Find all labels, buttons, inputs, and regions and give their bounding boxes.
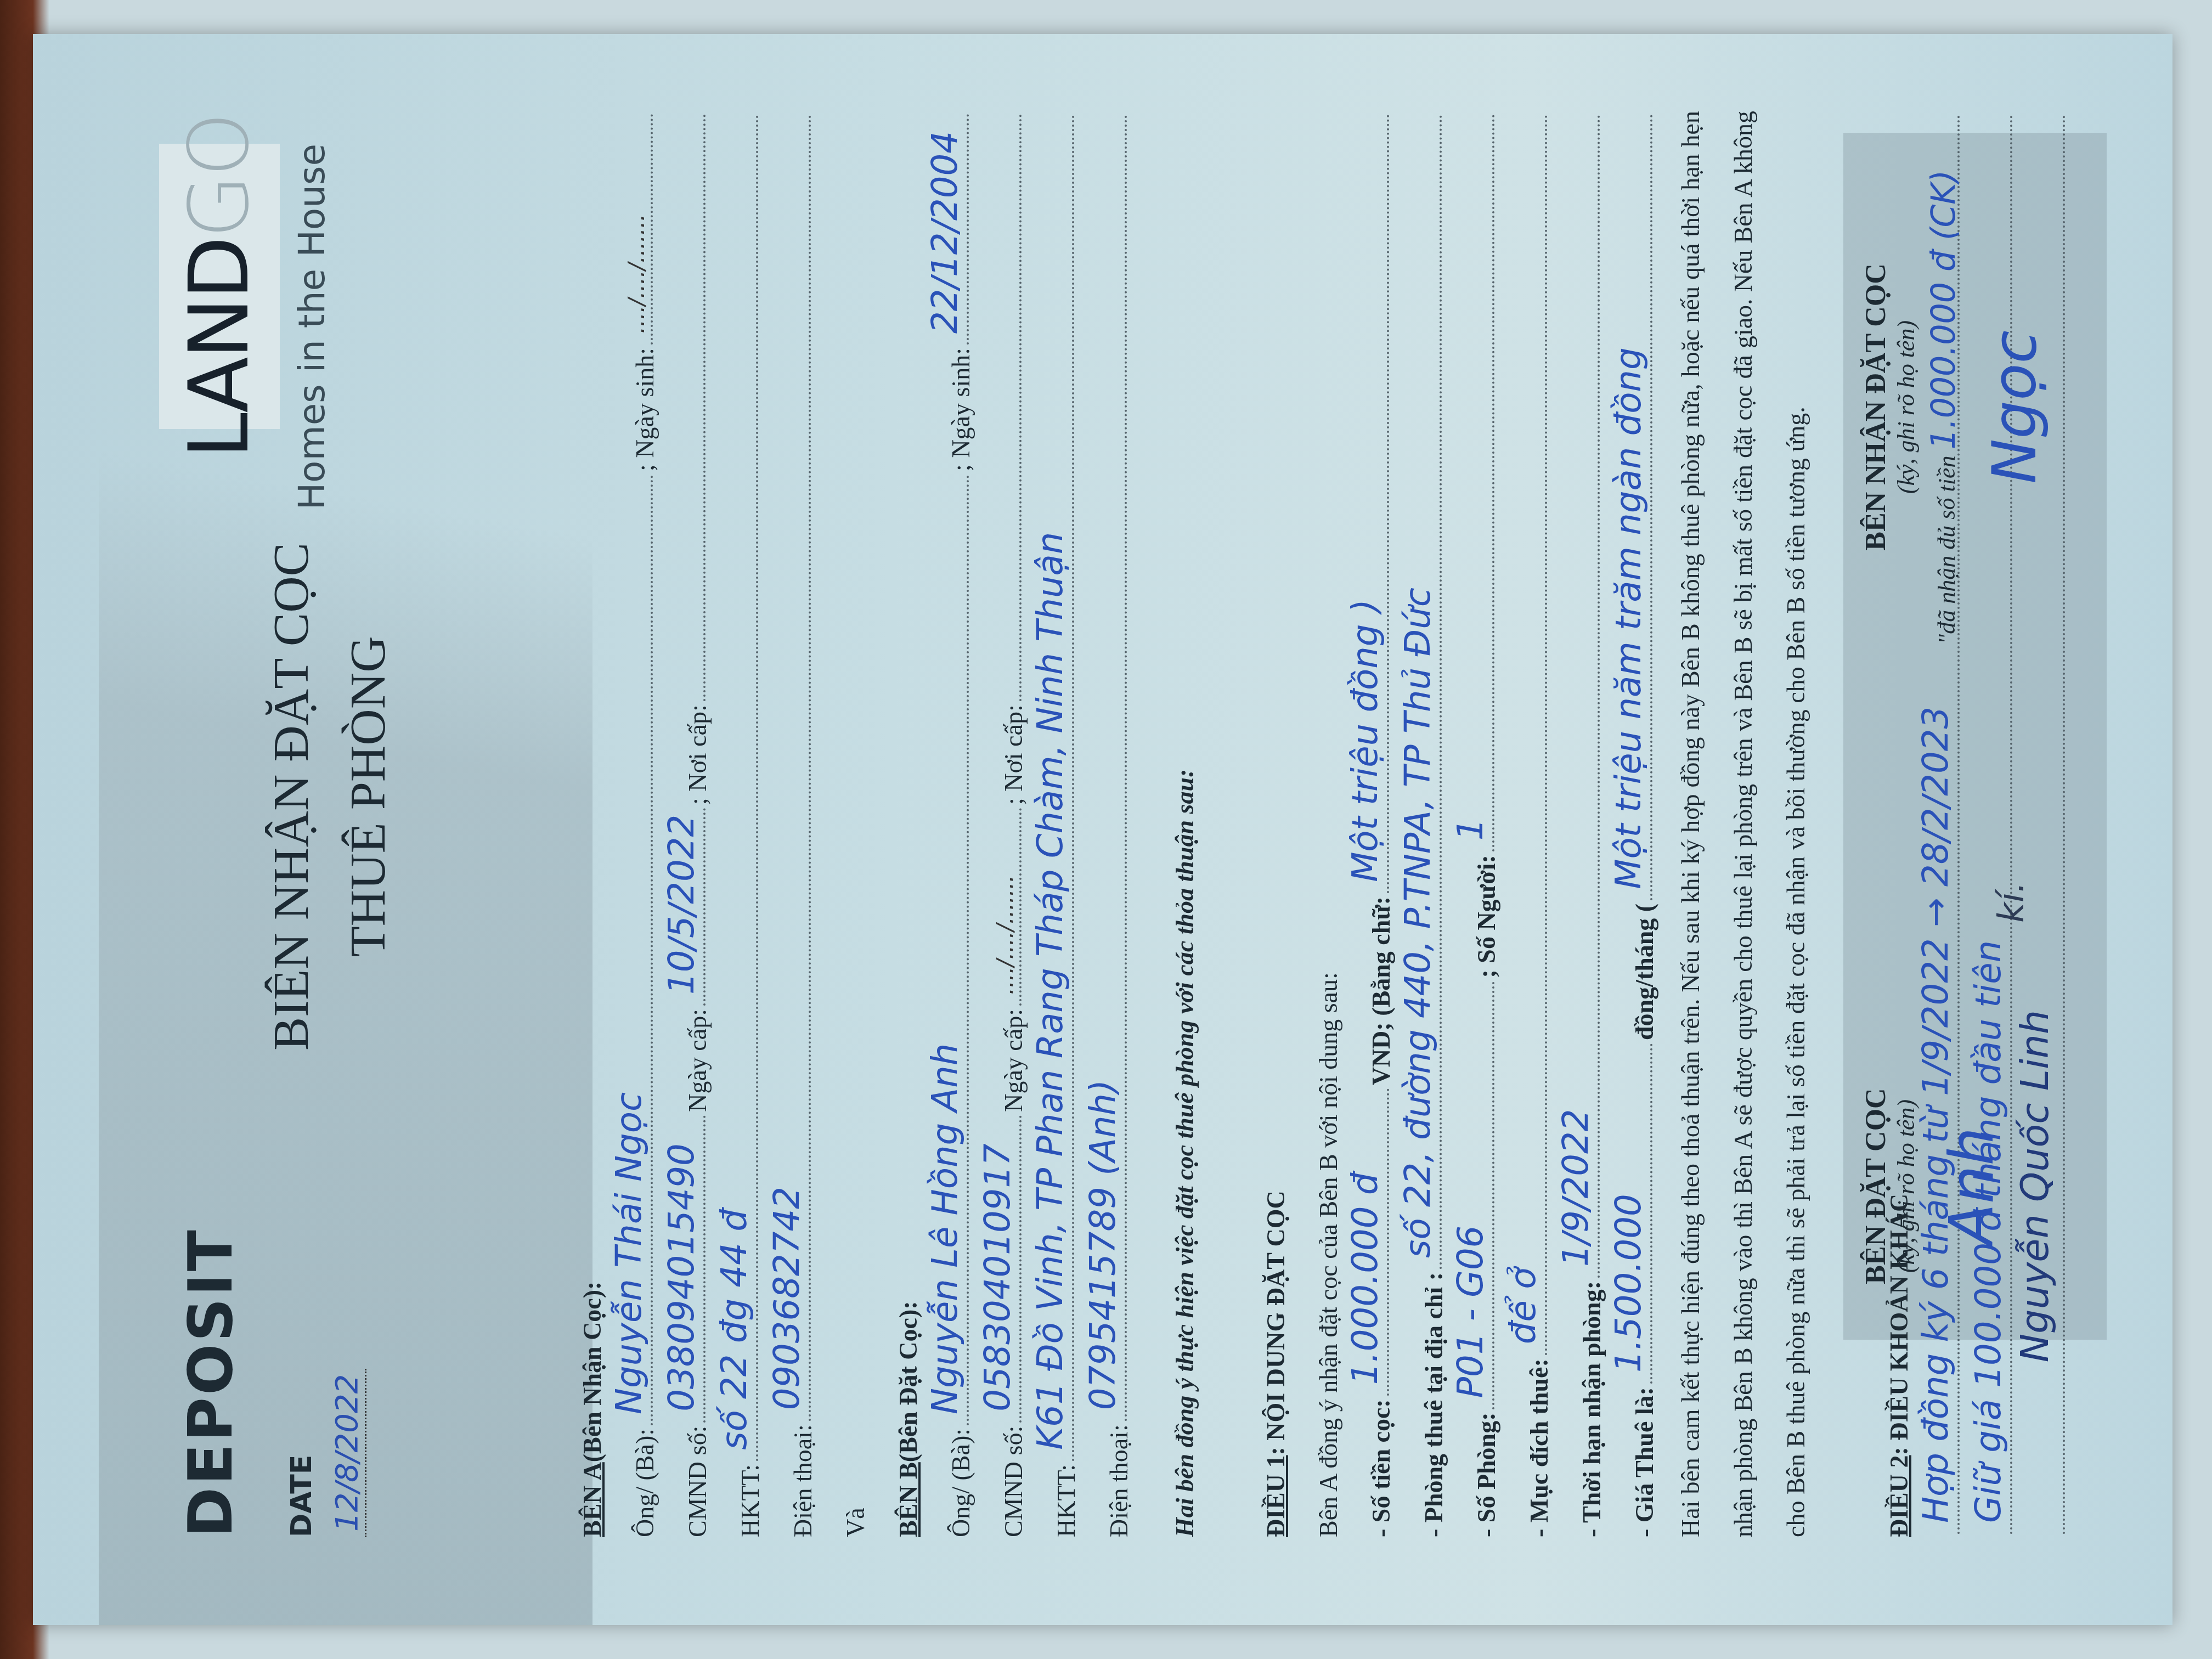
room-number-value: P01 - G06 xyxy=(1451,1226,1491,1398)
party-a-issue-date-label: Ngày cấp: xyxy=(683,1009,712,1112)
party-a-dob-field[interactable]: ..../..../....... xyxy=(651,114,653,345)
article-1-heading: ĐIỀU 1: NỘI DUNG ĐẶT CỌC xyxy=(1238,111,1290,1537)
party-b-dob-label: ; Ngày sinh: xyxy=(946,348,975,471)
party-b-issue-place-field[interactable] xyxy=(1019,114,1022,701)
move-in-value: 1/9/2022 xyxy=(1556,1109,1596,1267)
document-title: BIÊN NHẬN ĐẶT CỌC THUÊ PHÒNG xyxy=(252,440,406,1153)
purpose-value: để ở xyxy=(1503,1268,1544,1345)
date-label: DATE xyxy=(285,1455,318,1537)
receiver-signature-block: BÊN NHẬN ĐẶT CỌC (ký, ghi rõ họ tên) "đã… xyxy=(1860,133,2050,681)
party-a-name-row: Ông/ (Bà): Nguyễn Thái Ngọc ; Ngày sinh:… xyxy=(607,111,659,1537)
party-b-address-label: HKTT: xyxy=(1052,1464,1081,1537)
rent-words-value: Một triệu năm trăm ngàn đồng xyxy=(1609,347,1649,889)
party-a-address-label: HKTT: xyxy=(736,1464,765,1537)
title-line-2: THUÊ PHÒNG xyxy=(329,440,406,1153)
party-a-address-row: HKTT: số 22 đg 44 đ xyxy=(712,111,765,1537)
people-count-field[interactable]: 1 xyxy=(1492,114,1494,851)
room-address-row: - Phòng thuê tại địa chỉ : số 22, đường … xyxy=(1396,111,1448,1537)
receiver-subtitle: (ký, ghi rõ họ tên) xyxy=(1892,133,1920,681)
party-b-heading: BÊN B (Bên Đặt Cọc): xyxy=(870,111,923,1537)
receiver-signature[interactable]: Ngọc xyxy=(1979,133,2050,681)
party-b-phone-value: 0795415789 (Anh) xyxy=(1083,1080,1124,1410)
party-a-issue-place-field[interactable] xyxy=(703,114,706,701)
party-b-name-value: Nguyễn Lê Hồng Anh xyxy=(925,1043,966,1414)
agreement-statement: Hai bên đồng ý thực hiện việc đặt cọc th… xyxy=(1133,111,1199,1537)
rent-field[interactable]: 1.500.000 xyxy=(1650,1043,1652,1384)
depositor-signature[interactable]: Anh xyxy=(1937,912,2007,1460)
party-a-issue-date-value: 10/5/2022 xyxy=(662,815,702,995)
party-b-phone-row: Điện thoại: 0795415789 (Anh) xyxy=(1081,111,1133,1537)
rent-unit-label: đồng/tháng ( xyxy=(1630,904,1659,1040)
deposit-heading: DEPOSIT xyxy=(176,1228,246,1537)
party-b-issue-date-label: Ngày cấp: xyxy=(999,1009,1028,1112)
deposit-words-label: VND; (Bằng chữ: xyxy=(1367,896,1396,1085)
article-2-heading-prefix: ĐIỀU 2 xyxy=(1884,1455,1914,1537)
deposit-amount-label: - Số tiền cọc: xyxy=(1367,1399,1396,1537)
landgo-logo: LANDGO xyxy=(159,144,280,429)
article-1-intro: Bên A đồng ý nhận đặt cọc của Bên B với … xyxy=(1290,111,1343,1537)
party-b-issue-place-label: ; Nơi cấp: xyxy=(999,704,1028,805)
depositor-title: BÊN ĐẶT CỌC xyxy=(1860,912,1892,1460)
party-a-heading: BÊN A (Bên Nhận Cọc): xyxy=(554,111,607,1537)
purpose-label: - Mục đích thuê: xyxy=(1525,1358,1554,1537)
deposit-words-value: Một triệu đồng ) xyxy=(1345,599,1386,882)
logo-land-text: LAND xyxy=(172,238,267,458)
room-address-label: - Phòng thuê tại địa chỉ : xyxy=(1419,1272,1448,1537)
receiver-title: BÊN NHẬN ĐẶT CỌC xyxy=(1860,133,1892,681)
party-b-address-value: K61 Đồ Vinh, TP Phan Rang Tháp Chàm, Nin… xyxy=(1030,532,1071,1450)
rent-row: - Giá Thuê là: 1.500.000 đồng/tháng ( Mộ… xyxy=(1606,111,1659,1537)
room-number-field[interactable]: P01 - G06 xyxy=(1492,981,1494,1409)
deposit-amount-row: - Số tiền cọc: 1.000.000 đ VND; (Bằng ch… xyxy=(1343,111,1396,1537)
rent-value: 1.500.000 xyxy=(1609,1194,1649,1373)
depositor-note: kí. xyxy=(1991,882,2032,923)
terms-paragraph: Hai bên cam kết thực hiện đúng theo thoả… xyxy=(1664,111,1822,1537)
party-a-phone-label: Điện thoại: xyxy=(788,1424,817,1537)
party-b-name-label: Ông/ (Bà): xyxy=(946,1429,975,1537)
party-b-name-field[interactable]: Nguyễn Lê Hồng Anh xyxy=(967,475,969,1425)
party-a-name-value: Nguyễn Thái Ngọc xyxy=(609,1092,650,1414)
party-a-id-label: CMND số: xyxy=(683,1426,712,1537)
party-a-issue-place-label: ; Nơi cấp: xyxy=(683,704,712,805)
depositor-signature-block: BÊN ĐẶT CỌC (ký, ghi rõ họ tên) Anh Nguy… xyxy=(1860,912,2057,1460)
party-b-id-field[interactable]: 058304010917 xyxy=(1019,1115,1022,1423)
party-b-dob-value: 22/12/2004 xyxy=(925,131,966,334)
and-label: Và xyxy=(841,1508,870,1537)
deposit-amount-value: 1.000.000 đ xyxy=(1345,1173,1386,1385)
party-b-name-row: Ông/ (Bà): Nguyễn Lê Hồng Anh ; Ngày sin… xyxy=(923,111,975,1537)
party-b-issue-date-value: ..../..../....... xyxy=(993,875,1018,995)
deposit-receipt-paper: DEPOSIT DATE 12/8/2022 BIÊN NHẬN ĐẶT CỌC… xyxy=(33,34,2172,1625)
receiver-received-line: "đã nhận đủ số tiền 1.000.000 đ (CK) xyxy=(1925,133,1963,681)
party-a-address-value: số 22 đg 44 đ xyxy=(714,1209,755,1450)
party-b-issue-date-field[interactable]: ..../..../....... xyxy=(1019,808,1022,1006)
date-value: 12/8/2022 xyxy=(329,1369,366,1537)
party-b-id-label: CMND số: xyxy=(999,1426,1028,1537)
party-b-dob-field[interactable]: 22/12/2004 xyxy=(967,114,969,345)
receiver-received-value: 1.000.000 đ (CK) xyxy=(1925,170,1963,450)
party-b-phone-label: Điện thoại: xyxy=(1104,1424,1133,1537)
party-a-phone-value: 0903682742 xyxy=(767,1187,808,1410)
people-count-label: ; Số Người: xyxy=(1472,855,1501,978)
party-b-heading-prefix: BÊN B xyxy=(894,1462,923,1537)
logo-go-text: GO xyxy=(172,114,267,238)
article-1-intro-text: Bên A đồng ý nhận đặt cọc của Bên B với … xyxy=(1314,972,1343,1537)
party-a-phone-row: Điện thoại: 0903682742 xyxy=(765,111,817,1537)
party-a-address-field[interactable]: số 22 đg 44 đ xyxy=(756,114,758,1461)
logo-tagline: Homes in the House xyxy=(291,144,333,528)
depositor-name: Nguyễn Quốc Linh xyxy=(2012,912,2057,1460)
party-a-dob-label: ; Ngày sinh: xyxy=(630,348,659,471)
rent-label: - Giá Thuê là: xyxy=(1630,1387,1659,1537)
room-number-row: - Số Phòng: P01 - G06 ; Số Người: 1 xyxy=(1448,111,1501,1537)
party-b-address-row: HKTT: K61 Đồ Vinh, TP Phan Rang Tháp Chà… xyxy=(1028,111,1081,1537)
move-in-row: - Thời hạn nhận phòng: 1/9/2022 xyxy=(1554,111,1606,1537)
party-b-id-value: 058304010917 xyxy=(978,1143,1018,1412)
purpose-field[interactable]: để ở xyxy=(1545,114,1547,1355)
article-1-heading-prefix: ĐIỀU 1 xyxy=(1261,1455,1290,1537)
move-in-field[interactable]: 1/9/2022 xyxy=(1598,114,1600,1278)
party-a-heading-prefix: BÊN A xyxy=(578,1462,607,1537)
party-a-phone-field[interactable]: 0903682742 xyxy=(809,114,811,1421)
party-a-id-field[interactable]: 038094015490 xyxy=(703,1115,706,1423)
room-address-value: số 22, đường 440, P.TNPA, TP Thủ Đức xyxy=(1398,588,1438,1258)
document-header: DEPOSIT DATE 12/8/2022 BIÊN NHẬN ĐẶT CỌC… xyxy=(143,111,527,1537)
party-b-address-field[interactable]: K61 Đồ Vinh, TP Phan Rang Tháp Chàm, Nin… xyxy=(1072,114,1074,1461)
move-in-label: - Thời hạn nhận phòng: xyxy=(1577,1281,1606,1537)
party-b-phone-field[interactable]: 0795415789 (Anh) xyxy=(1125,114,1127,1421)
people-count-value: 1 xyxy=(1451,819,1491,841)
room-number-label: - Số Phòng: xyxy=(1472,1413,1501,1537)
document-body: BÊN A (Bên Nhận Cọc): Ông/ (Bà): Nguyễn … xyxy=(554,111,2072,1537)
party-a-heading-suffix: (Bên Nhận Cọc): xyxy=(578,1282,607,1463)
party-a-id-value: 038094015490 xyxy=(662,1143,702,1412)
receiver-received-label: "đã nhận đủ số tiền xyxy=(1933,456,1960,645)
rent-words-field[interactable]: Một triệu năm trăm ngàn đồng xyxy=(1650,114,1652,900)
article-2-field-3[interactable] xyxy=(2063,114,2065,1534)
party-a-issue-date-field[interactable]: 10/5/2022 xyxy=(703,808,706,1006)
party-b-heading-suffix: (Bên Đặt Cọc): xyxy=(894,1301,923,1462)
party-a-name-field[interactable]: Nguyễn Thái Ngọc xyxy=(651,475,653,1425)
room-address-field[interactable]: số 22, đường 440, P.TNPA, TP Thủ Đức xyxy=(1440,114,1442,1269)
deposit-amount-field[interactable]: 1.000.000 đ xyxy=(1387,1088,1389,1396)
deposit-words-field[interactable]: Một triệu đồng ) xyxy=(1387,114,1389,893)
purpose-row: - Mục đích thuê: để ở xyxy=(1501,111,1554,1537)
and-row: Và xyxy=(817,111,870,1537)
party-b-id-row: CMND số: 058304010917 Ngày cấp: ..../...… xyxy=(975,111,1028,1537)
party-a-id-row: CMND số: 038094015490 Ngày cấp: 10/5/202… xyxy=(659,111,712,1537)
party-a-name-label: Ông/ (Bà): xyxy=(630,1429,659,1537)
article-1-heading-suffix: : NỘI DUNG ĐẶT CỌC xyxy=(1261,1190,1290,1455)
title-line-1: BIÊN NHẬN ĐẶT CỌC xyxy=(252,440,329,1153)
depositor-subtitle: (ký, ghi rõ họ tên) xyxy=(1892,912,1920,1460)
party-a-dob-value: ..../..../....... xyxy=(624,214,650,334)
